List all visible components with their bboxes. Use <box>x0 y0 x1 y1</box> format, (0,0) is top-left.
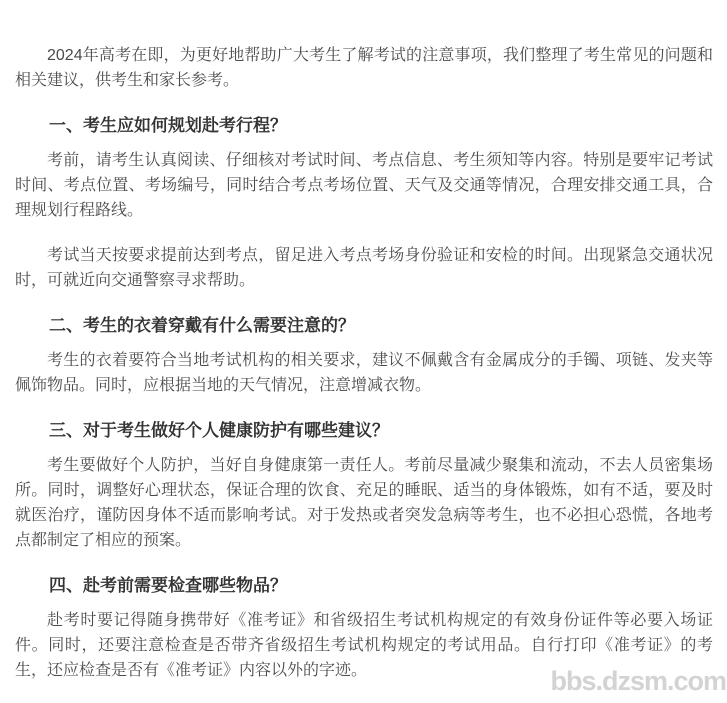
section-paragraph: 考前，请考生认真阅读、仔细核对考试时间、考点信息、考生须知等内容。特别是要牢记考… <box>15 148 713 223</box>
section-heading: 三、对于考生做好个人健康防护有哪些建议？ <box>15 418 713 443</box>
watermark: bbs.dzsm.com <box>550 666 726 697</box>
article-page: 2024年高考在即，为更好地帮助广大考生了解考试的注意事项，我们整理了考生常见的… <box>0 0 727 703</box>
sections-container: 一、考生应如何规划赴考行程？考前，请考生认真阅读、仔细核对考试时间、考点信息、考… <box>15 113 713 683</box>
section-paragraph: 考生要做好个人防护，当好自身健康第一责任人。考前尽量减少聚集和流动，不去人员密集… <box>15 453 713 553</box>
section-heading: 一、考生应如何规划赴考行程？ <box>15 113 713 138</box>
section-heading: 二、考生的衣着穿戴有什么需要注意的？ <box>15 313 713 338</box>
section-paragraph: 考生的衣着要符合当地考试机构的相关要求，建议不佩戴含有金属成分的手镯、项链、发夹… <box>15 348 713 398</box>
intro-paragraph: 2024年高考在即，为更好地帮助广大考生了解考试的注意事项，我们整理了考生常见的… <box>15 43 713 93</box>
exam-tips-article: 2024年高考在即，为更好地帮助广大考生了解考试的注意事项，我们整理了考生常见的… <box>0 0 727 683</box>
section-paragraph: 考试当天按要求提前达到考点，留足进入考点考场身份验证和安检的时间。出现紧急交通状… <box>15 243 713 293</box>
section-heading: 四、赴考前需要检查哪些物品？ <box>15 573 713 598</box>
